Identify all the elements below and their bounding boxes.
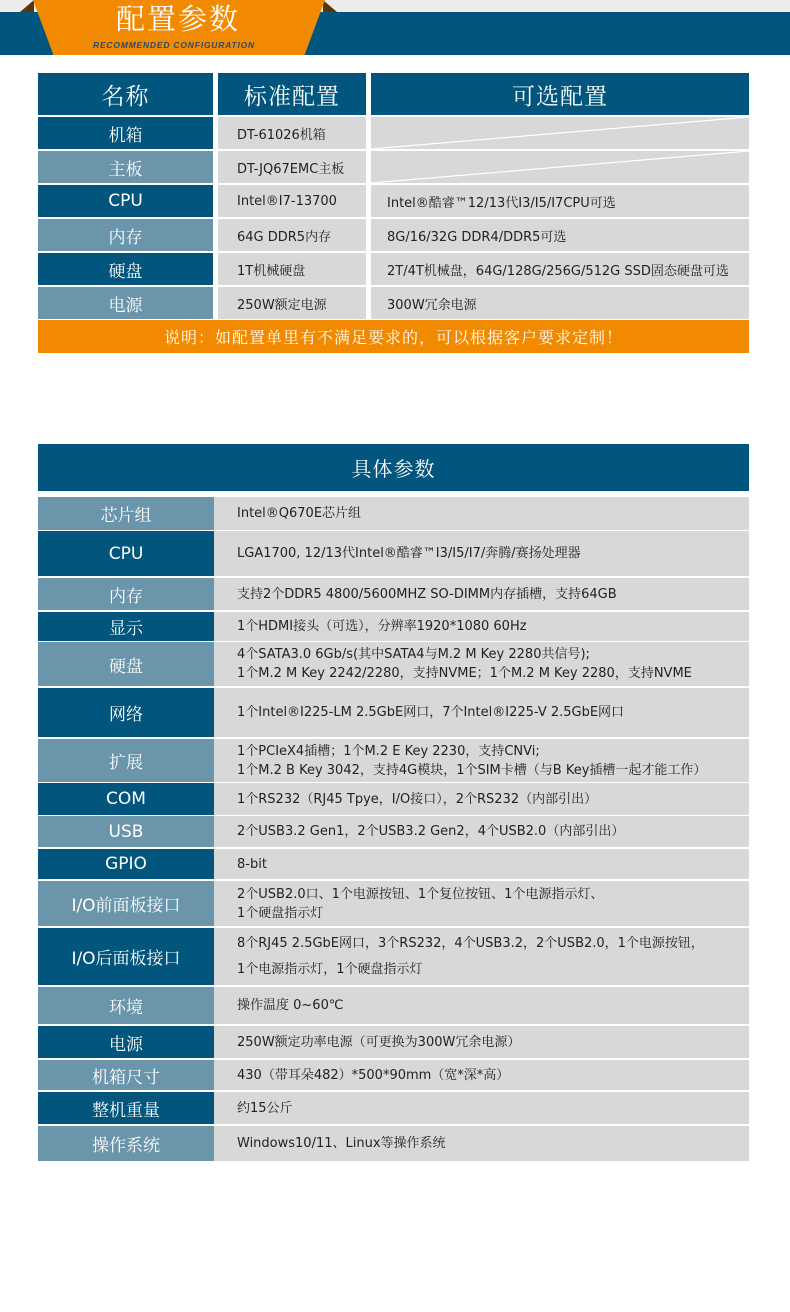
config-row-optional-text: 300W冗余电源	[387, 294, 477, 313]
config-row-optional	[371, 151, 749, 183]
config-row-standard: 64G DDR5内存	[218, 219, 366, 251]
spec-row-value-line: 250W额定功率电源（可更换为300W冗余电源）	[237, 1033, 749, 1052]
spec-row-value: 2个USB2.0口、1个电源按钮、1个复位按钮、1个电源指示灯、1个硬盘指示灯	[214, 881, 749, 926]
config-row-optional: 8G/16/32G DDR4/DDR5可选	[371, 219, 749, 251]
spec-row: I/O前面板接口2个USB2.0口、1个电源按钮、1个复位按钮、1个电源指示灯、…	[38, 881, 749, 926]
config-note-bar: 说明：如配置单里有不满足要求的，可以根据客户要求定制！	[38, 320, 749, 353]
spec-row-value: 约15公斤	[214, 1092, 749, 1124]
spec-row-value-line: 支持2个DDR5 4800/5600MHZ SO-DIMM内存插槽，支持64GB	[237, 585, 749, 604]
spec-row: 显示1个HDMI接头（可选），分辨率1920*1080 60Hz	[38, 612, 749, 641]
spec-row-label: 显示	[38, 612, 214, 641]
spec-row: GPIO8-bit	[38, 849, 749, 879]
spec-row-value-line: 1个硬盘指示灯	[237, 904, 749, 923]
config-row: 硬盘1T机械硬盘2T/4T机械盘，64G/128G/256G/512G SSD固…	[38, 253, 749, 285]
spec-row-label: COM	[38, 783, 214, 815]
spec-row-label: 网络	[38, 688, 214, 737]
config-row-optional: 2T/4T机械盘，64G/128G/256G/512G SSD固态硬盘可选	[371, 253, 749, 285]
spec-row-label: CPU	[38, 531, 214, 576]
spec-row-value-line: 1个HDMI接头（可选），分辨率1920*1080 60Hz	[237, 617, 749, 636]
spec-row-value: 430（带耳朵482）*500*90mm（宽*深*高）	[214, 1060, 749, 1090]
spec-row-value-line: 1个Intel®I225-LM 2.5GbE网口，7个Intel®I225-V …	[237, 703, 749, 722]
spec-row-label: GPIO	[38, 849, 214, 879]
spec-row-label: 环境	[38, 987, 214, 1024]
config-row-standard: DT-61026机箱	[218, 117, 366, 149]
spec-row: 扩展1个PCIeX4插槽；1个M.2 E Key 2230，支持CNVi;1个M…	[38, 739, 749, 782]
spec-row-value-line: 1个电源指示灯，1个硬盘指示灯	[237, 957, 749, 983]
config-row: 内存64G DDR5内存8G/16/32G DDR4/DDR5可选	[38, 219, 749, 251]
spec-row-value-line: LGA1700, 12/13代Intel®酷睿™I3/I5/I7/奔腾/赛扬处理…	[237, 544, 749, 563]
spec-row-label: 扩展	[38, 739, 214, 782]
config-row-name: 内存	[38, 219, 213, 251]
spec-row-value: 1个RS232（RJ45 Tpye，I/O接口），2个RS232（内部引出）	[214, 783, 749, 815]
spec-row-label: I/O后面板接口	[38, 928, 214, 985]
spec-row: 环境操作温度 0~60℃	[38, 987, 749, 1024]
spec-row-value-line: Windows10/11、Linux等操作系统	[237, 1134, 749, 1153]
spec-row-value-line: Intel®Q670E芯片组	[237, 504, 749, 523]
config-row-optional: Intel®酷睿™12/13代I3/I5/I7CPU可选	[371, 185, 749, 217]
config-row-name: 主板	[38, 151, 213, 183]
config-row: 机箱DT-61026机箱	[38, 117, 749, 149]
config-row-optional-text: 2T/4T机械盘，64G/128G/256G/512G SSD固态硬盘可选	[387, 260, 729, 279]
not-applicable-slash-icon	[371, 151, 749, 183]
spec-row-label: 硬盘	[38, 642, 214, 686]
spec-row-value-line: 1个PCIeX4插槽；1个M.2 E Key 2230，支持CNVi;	[237, 742, 749, 761]
spec-row: 内存支持2个DDR5 4800/5600MHZ SO-DIMM内存插槽，支持64…	[38, 578, 749, 610]
banner-subtitle: RECOMMENDED CONFIGURATION	[33, 40, 315, 50]
banner-fold-left-icon	[20, 0, 34, 12]
spec-row-value: 4个SATA3.0 6Gb/s(其中SATA4与M.2 M Key 2280共信…	[214, 642, 749, 686]
spec-row-label: 操作系统	[38, 1126, 214, 1161]
spec-row-value-line: 1个M.2 B Key 3042，支持4G模块，1个SIM卡槽（与B Key插槽…	[237, 761, 749, 780]
not-applicable-slash-icon	[371, 117, 749, 149]
spec-row-value: 操作温度 0~60℃	[214, 987, 749, 1024]
config-header-optional: 可选配置	[371, 73, 749, 115]
spec-row-value: Windows10/11、Linux等操作系统	[214, 1126, 749, 1161]
spec-row-label: I/O前面板接口	[38, 881, 214, 926]
spec-row: CPULGA1700, 12/13代Intel®酷睿™I3/I5/I7/奔腾/赛…	[38, 531, 749, 576]
spec-row: 芯片组Intel®Q670E芯片组	[38, 497, 749, 530]
section-banner: 配置参数 RECOMMENDED CONFIGURATION	[0, 0, 790, 55]
spec-row-value-line: 操作温度 0~60℃	[237, 996, 749, 1015]
spec-row-label: USB	[38, 816, 214, 847]
spec-row: USB2个USB3.2 Gen1，2个USB3.2 Gen2，4个USB2.0（…	[38, 816, 749, 847]
spec-row-value-line: 430（带耳朵482）*500*90mm（宽*深*高）	[237, 1066, 749, 1085]
config-row-standard: 1T机械硬盘	[218, 253, 366, 285]
config-row-optional-text: 8G/16/32G DDR4/DDR5可选	[387, 226, 566, 245]
spec-row-value-line: 8个RJ45 2.5GbE网口，3个RS232，4个USB3.2，2个USB2.…	[237, 931, 749, 957]
spec-row-value: 1个PCIeX4插槽；1个M.2 E Key 2230，支持CNVi;1个M.2…	[214, 739, 749, 782]
config-row: CPUIntel®I7-13700Intel®酷睿™12/13代I3/I5/I7…	[38, 185, 749, 217]
config-row-standard: 250W额定电源	[218, 287, 366, 319]
spec-row-value-line: 2个USB3.2 Gen1，2个USB3.2 Gen2，4个USB2.0（内部引…	[237, 822, 749, 841]
spec-row-value-line: 约15公斤	[237, 1099, 749, 1118]
spec-row-label: 芯片组	[38, 497, 214, 530]
config-header-name: 名称	[38, 73, 213, 115]
spec-row-value: 1个Intel®I225-LM 2.5GbE网口，7个Intel®I225-V …	[214, 688, 749, 737]
config-row-standard: DT-JQ67EMC主板	[218, 151, 366, 183]
spec-row-label: 机箱尺寸	[38, 1060, 214, 1090]
config-header-standard: 标准配置	[218, 73, 366, 115]
spec-row-value-line: 1个M.2 M Key 2242/2280，支持NVME；1个M.2 M Key…	[237, 664, 749, 683]
config-row-name: 机箱	[38, 117, 213, 149]
spec-row: I/O后面板接口8个RJ45 2.5GbE网口，3个RS232，4个USB3.2…	[38, 928, 749, 985]
config-row: 电源250W额定电源300W冗余电源	[38, 287, 749, 319]
config-row-name: CPU	[38, 185, 213, 217]
spec-row-value-line: 4个SATA3.0 6Gb/s(其中SATA4与M.2 M Key 2280共信…	[237, 645, 749, 664]
spec-row-value: 支持2个DDR5 4800/5600MHZ SO-DIMM内存插槽，支持64GB	[214, 578, 749, 610]
spec-row: 操作系统Windows10/11、Linux等操作系统	[38, 1126, 749, 1161]
spec-row-value: 250W额定功率电源（可更换为300W冗余电源）	[214, 1026, 749, 1058]
spec-row-label: 整机重量	[38, 1092, 214, 1124]
spec-row: 机箱尺寸430（带耳朵482）*500*90mm（宽*深*高）	[38, 1060, 749, 1090]
spec-row-value-line: 1个RS232（RJ45 Tpye，I/O接口），2个RS232（内部引出）	[237, 790, 749, 809]
config-row: 主板DT-JQ67EMC主板	[38, 151, 749, 183]
config-row-optional-text: Intel®酷睿™12/13代I3/I5/I7CPU可选	[387, 192, 616, 211]
config-row-name: 硬盘	[38, 253, 213, 285]
spec-row-value: 1个HDMI接头（可选），分辨率1920*1080 60Hz	[214, 612, 749, 641]
spec-row-value-line: 8-bit	[237, 855, 749, 874]
config-row-name: 电源	[38, 287, 213, 319]
spec-row: 电源250W额定功率电源（可更换为300W冗余电源）	[38, 1026, 749, 1058]
spec-row: COM1个RS232（RJ45 Tpye，I/O接口），2个RS232（内部引出…	[38, 783, 749, 815]
spec-row-value: Intel®Q670E芯片组	[214, 497, 749, 530]
spec-row-value: LGA1700, 12/13代Intel®酷睿™I3/I5/I7/奔腾/赛扬处理…	[214, 531, 749, 576]
spec-row: 硬盘4个SATA3.0 6Gb/s(其中SATA4与M.2 M Key 2280…	[38, 642, 749, 686]
config-row-standard: Intel®I7-13700	[218, 185, 366, 217]
spec-row-label: 内存	[38, 578, 214, 610]
config-row-optional: 300W冗余电源	[371, 287, 749, 319]
spec-table-title: 具体参数	[38, 444, 749, 491]
spec-row: 整机重量约15公斤	[38, 1092, 749, 1124]
banner-fold-right-icon	[323, 0, 337, 12]
spec-row-value-line: 2个USB2.0口、1个电源按钮、1个复位按钮、1个电源指示灯、	[237, 885, 749, 904]
spec-row-value: 8个RJ45 2.5GbE网口，3个RS232，4个USB3.2，2个USB2.…	[214, 928, 749, 985]
config-row-optional	[371, 117, 749, 149]
spec-row-value: 2个USB3.2 Gen1，2个USB3.2 Gen2，4个USB2.0（内部引…	[214, 816, 749, 847]
spec-row: 网络1个Intel®I225-LM 2.5GbE网口，7个Intel®I225-…	[38, 688, 749, 737]
banner-title: 配置参数	[33, 1, 323, 37]
spec-row-value: 8-bit	[214, 849, 749, 879]
spec-row-label: 电源	[38, 1026, 214, 1058]
